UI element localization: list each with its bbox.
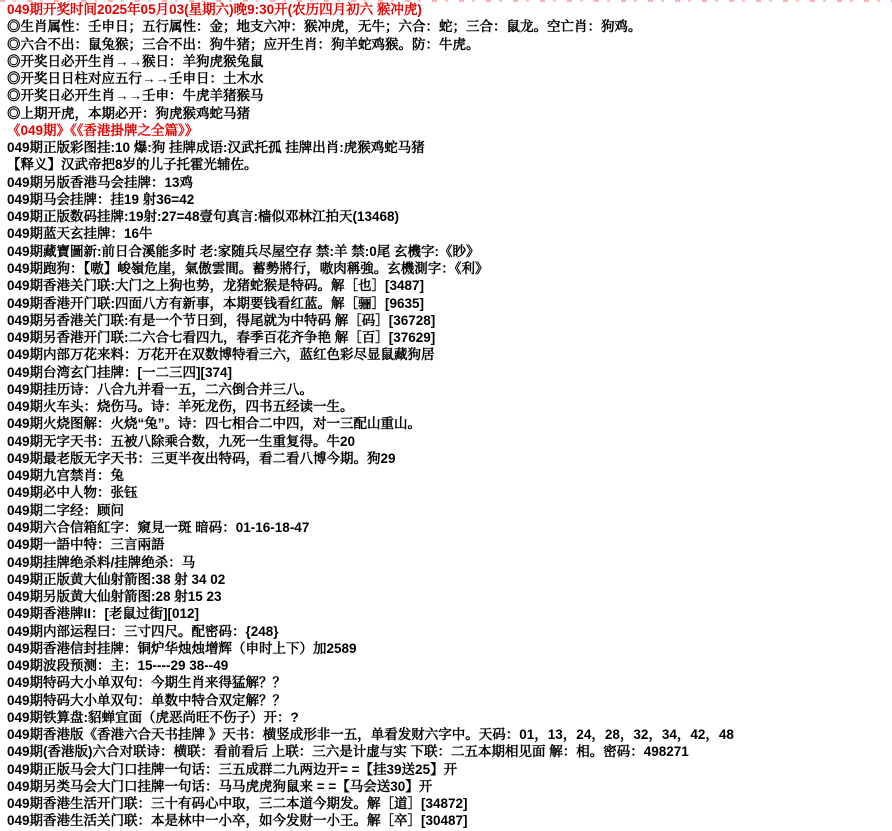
info-line: 049期香港关门联:大门之上狗也势，龙猪蛇猴是特码。解［也］[3487] bbox=[7, 277, 890, 294]
info-line-zodiac-attrs: ◎生肖属性：壬申日；五行属性：金；地支六冲：猴冲虎，无牛；六合：蛇；三合：鼠龙。… bbox=[7, 18, 890, 35]
info-line: 049期特码大小单双句：单数中特合双定解？？ bbox=[7, 692, 890, 709]
info-line: 049期另版香港马会挂牌：13鸡 bbox=[7, 174, 890, 191]
info-line: 049期正版彩图挂:10 爆:狗 挂牌成语:汉武托孤 挂牌出肖:虎猴鸡蛇马猪 bbox=[7, 139, 890, 156]
info-line: 049期九宫禁肖：兔 bbox=[7, 467, 890, 484]
info-line: 049期台湾玄门挂牌：[一二三四][374] bbox=[7, 364, 890, 381]
info-line: 049期香港信封挂牌：铜炉华烛烛增辉（申时上下）加2589 bbox=[7, 640, 890, 657]
info-line: 049期二字经：顾问 bbox=[7, 502, 890, 519]
info-line: 049期另版黄大仙射箭图:28 射15 23 bbox=[7, 588, 890, 605]
info-line-sky-codes: 049期香港版《香港六合天书挂牌 》天书：横竖成形非一五，单看发财六字中。天码：… bbox=[7, 726, 890, 743]
info-line: 049期挂历诗：八合九并看一五，二六倒合并三八。 bbox=[7, 381, 890, 398]
info-line: 049期内部运程曰：三寸四尺。配密码：{248} bbox=[7, 623, 890, 640]
info-line: 049期另类马会大门口挂牌一句话：马马虎虎狗鼠来 = =【马会送30】开 bbox=[7, 778, 890, 795]
info-line: 049期正版数码挂牌:19射:27=48壹句真言:樯似邓林江拍天(13468) bbox=[7, 208, 890, 225]
section-title-hk-guapai: 《049期》《《香港掛牌之全篇》》 bbox=[7, 122, 890, 139]
info-line: ◎上期开虎，本期必开：狗虎猴鸡蛇马猪 bbox=[7, 105, 890, 122]
info-line: 049期铁算盘:貂蝉宜面（虎恶尚旺不伤子）开：? bbox=[7, 709, 890, 726]
info-line: 049期挂牌绝杀料/挂牌绝杀：马 bbox=[7, 554, 890, 571]
info-line: 049期火烧图解：火烧“兔”。诗：四七相合二中四，对一三配山重山。 bbox=[7, 415, 890, 432]
info-line: ◎开奖日日柱对应五行→→壬申日：土木水 bbox=[7, 70, 890, 87]
info-line: 049期内部万花来料：万花开在双数博特看三六，蓝红色彩尽显鼠藏狗居 bbox=[7, 346, 890, 363]
info-line: 049期正版马会大门口挂牌一句话：三五成群二九两边开= =【挂39送25】开 bbox=[7, 761, 890, 778]
info-line: 049期六合信箱紅字：窺見一斑 暗码：01-16-18-47 bbox=[7, 519, 890, 536]
info-line: 049期香港牌II：[老鼠过街][012] bbox=[7, 605, 890, 622]
info-line: 049期火车头：烧伤马。诗：羊死龙伤，四书五经读一生。 bbox=[7, 398, 890, 415]
info-line: 049期最老版无字天书：三更半夜出特码，看二看八博今期。狗29 bbox=[7, 450, 890, 467]
info-line: 049期必中人物：张钰 bbox=[7, 484, 890, 501]
info-line: 049期香港生活关门联：本是林中一小卒，如今发财一小王。解［卒］[30487] bbox=[7, 812, 890, 829]
info-line-couplet: 049期(香港版)六合对联诗：横联：看前看后 上联：三六是计虚与实 下联：二五本… bbox=[7, 743, 890, 760]
lottery-info-page: 049期开奖时间2025年05月03(星期六)晚9:30开(农历四月初六 猴冲虎… bbox=[7, 1, 890, 830]
info-line: 049期另香港开门联:二六合七看四九，春季百花齐争艳 解［百］[37629] bbox=[7, 329, 890, 346]
info-line: 049期跑狗：【嗷】峻嶺危崖，氣傲雲間。蓄勢將行，嗷肉稱強。玄機測字：《利》 bbox=[7, 260, 890, 277]
header-draw-time: 049期开奖时间2025年05月03(星期六)晚9:30开(农历四月初六 猴冲虎… bbox=[7, 1, 890, 18]
info-line: 049期特码大小单双句：今期生肖来得猛解？？ bbox=[7, 674, 890, 691]
info-line: 049期一語中特：三言兩語 bbox=[7, 536, 890, 553]
info-line-explanation: 【释义】汉武帝把8岁的儿子托霍光辅佐。 bbox=[7, 156, 890, 173]
info-line-liuhe-exclude: ◎六合不出：鼠兔猴；三合不出：狗牛猪；应开生肖：狗羊蛇鸡猴。防：牛虎。 bbox=[7, 36, 890, 53]
info-line-wave-prediction: 049期波段预测：主：15----29 38--49 bbox=[7, 657, 890, 674]
info-line: 049期正版黄大仙射箭图:38 射 34 02 bbox=[7, 571, 890, 588]
info-line: 049期香港开门联:四面八方有新事，本期要钱看红蓝。解［骊］[9635] bbox=[7, 295, 890, 312]
info-line: ◎开奖日必开生肖→→猴日：羊狗虎猴兔鼠 bbox=[7, 53, 890, 70]
info-line: 049期马会挂牌：挂19 射36=42 bbox=[7, 191, 890, 208]
info-line: ◎开奖日必开生肖→→壬申：牛虎羊猪猴马 bbox=[7, 87, 890, 104]
info-line: 049期无字天书：五被八除乘合数，九死一生重复得。牛20 bbox=[7, 433, 890, 450]
info-line: 049期另香港关门联:有是一个节日到，得尾就为中特码 解［码］[36728] bbox=[7, 312, 890, 329]
info-line: 049期蓝天玄挂牌：16牛 bbox=[7, 225, 890, 242]
info-line: 049期藏寶圖新:前日合溪能多时 老:家随兵尽屋空存 禁:羊 禁:0尾 玄機字:… bbox=[7, 243, 890, 260]
info-line: 049期香港生活开门联：三十有码心中取，三二本道今期发。解［道］[34872] bbox=[7, 795, 890, 812]
